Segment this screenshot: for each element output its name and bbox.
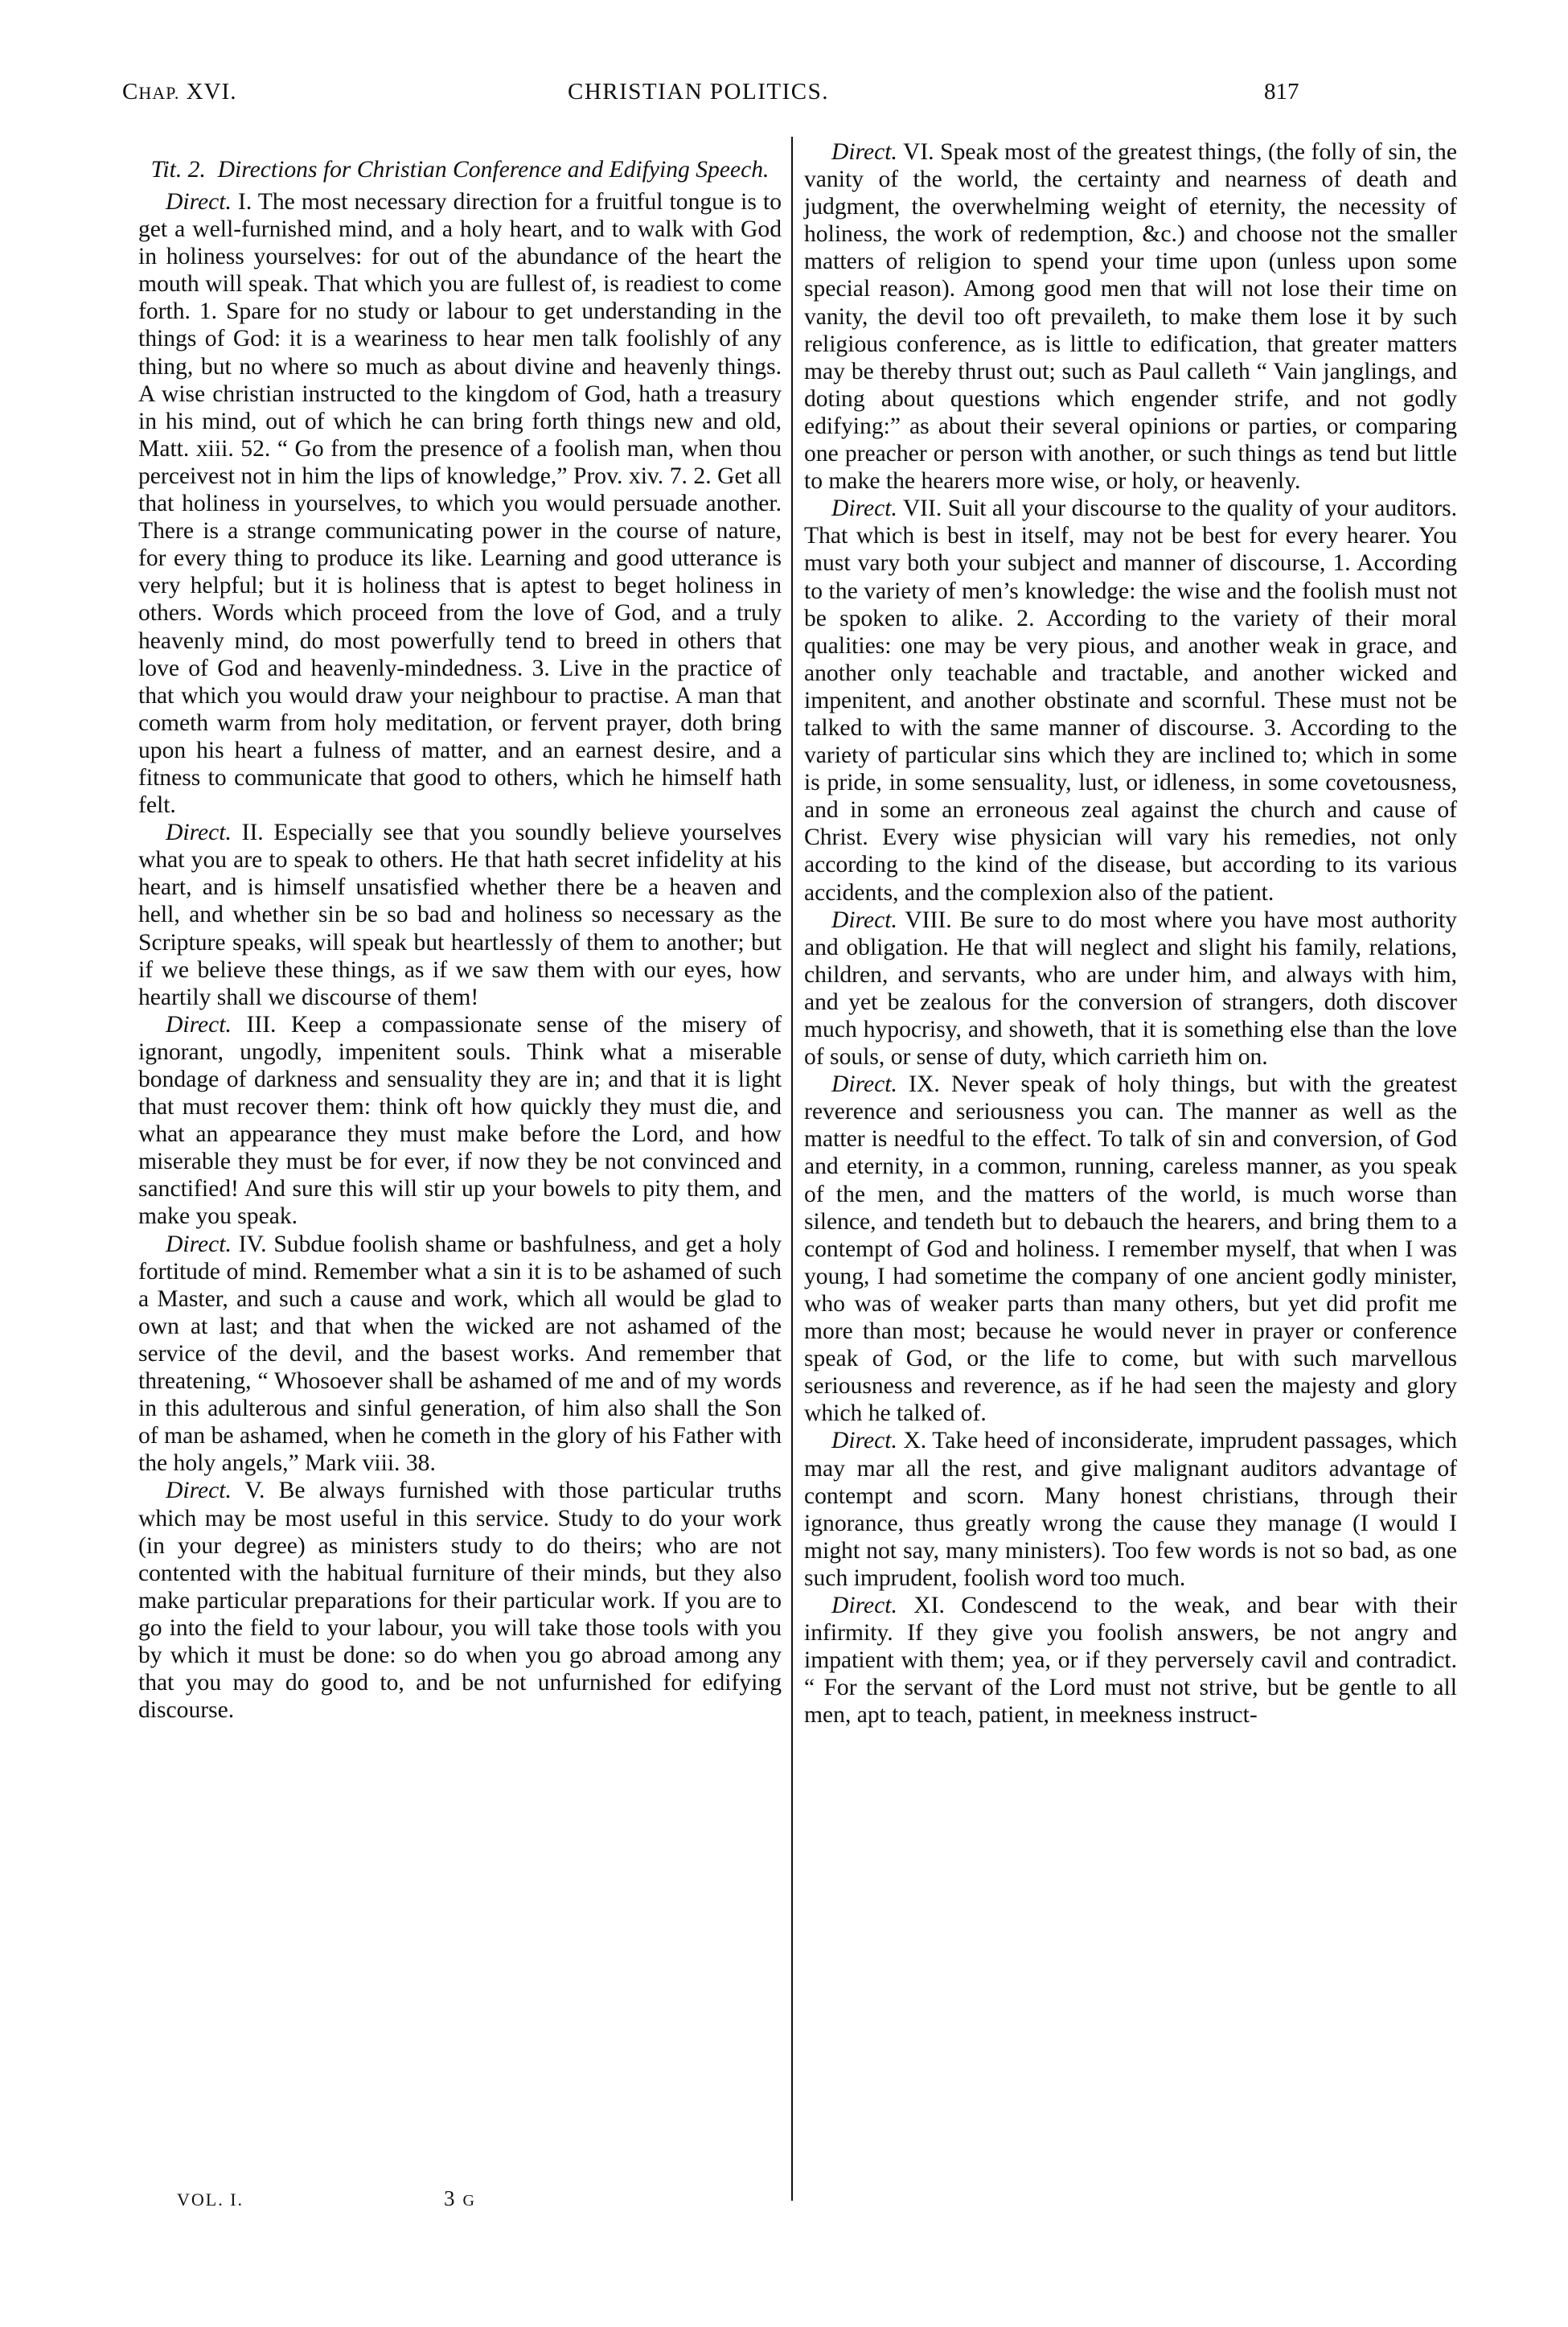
direction-label: Direct.: [831, 907, 897, 933]
direction-text: Be sure to do most where you have most a…: [804, 907, 1457, 1070]
direction-number: IV.: [239, 1231, 267, 1257]
signature-letter: G: [463, 2192, 474, 2210]
direction-paragraph: Direct. VI. Speak most of the greatest t…: [804, 138, 1457, 495]
direction-number: VII.: [903, 495, 942, 521]
direction-label: Direct.: [831, 495, 897, 521]
direction-number: III.: [246, 1012, 276, 1038]
chapter-smallcaps: HAP.: [138, 83, 179, 103]
left-column: Tit. 2. Directions for Christian Confere…: [138, 157, 782, 1724]
section-title: Tit. 2. Directions for Christian Confere…: [138, 157, 782, 183]
direction-number: IX.: [909, 1071, 940, 1097]
direction-paragraph: Direct. X. Take heed of inconsiderate, i…: [804, 1427, 1457, 1592]
direction-label: Direct.: [166, 1231, 232, 1257]
volume-label: VOL. I.: [177, 2189, 244, 2210]
book-title: CHRISTIAN POLITICS.: [568, 79, 829, 105]
direction-label: Direct.: [831, 139, 897, 165]
section-heading: Directions for Christian Conference and …: [218, 157, 770, 183]
direction-label: Direct.: [166, 189, 232, 215]
direction-text: Keep a compassionate sense of the misery…: [138, 1012, 782, 1230]
direction-paragraph: Direct. I. The most necessary direction …: [138, 188, 782, 819]
direction-label: Direct.: [166, 1012, 232, 1038]
running-head: CHAP. XVI. CHRISTIAN POLITICS. 817: [0, 79, 1568, 111]
direction-paragraph: Direct. II. Especially see that you soun…: [138, 819, 782, 1011]
direction-text: Condescend to the weak, and bear with th…: [804, 1593, 1457, 1728]
direction-text: The most necessary direction for a fruit…: [138, 189, 782, 818]
direction-paragraph: Direct. V. Be always furnished with thos…: [138, 1477, 782, 1724]
direction-paragraph: Direct. VII. Suit all your discourse to …: [804, 495, 1457, 906]
column-rule: [791, 137, 793, 2201]
direction-number: VI.: [903, 139, 934, 165]
direction-label: Direct.: [166, 820, 232, 845]
direction-text: Speak most of the greatest things, (the …: [804, 139, 1457, 494]
direction-number: XI.: [913, 1593, 945, 1618]
direction-number: X.: [903, 1428, 926, 1453]
direction-paragraph: Direct. IX. Never speak of holy things, …: [804, 1071, 1457, 1427]
signature-number: 3: [444, 2186, 455, 2210]
direction-paragraph: Direct. XI. Condescend to the weak, and …: [804, 1592, 1457, 1729]
section-number: Tit. 2.: [151, 157, 206, 183]
direction-text: Suit all your discourse to the quality o…: [804, 495, 1457, 905]
right-column: Direct. VI. Speak most of the greatest t…: [804, 138, 1457, 1729]
direction-text: Never speak of holy things, but with the…: [804, 1071, 1457, 1426]
direction-paragraph: Direct. IV. Subdue foolish shame or bash…: [138, 1231, 782, 1478]
direction-text: Be always furnished with those particula…: [138, 1478, 782, 1723]
direction-label: Direct.: [831, 1593, 897, 1618]
chapter-number: XVI.: [187, 79, 237, 105]
direction-text: Take heed of inconsiderate, imprudent pa…: [804, 1428, 1457, 1590]
printer-signature: 3G: [444, 2186, 474, 2211]
direction-paragraph: Direct. III. Keep a compassionate sense …: [138, 1011, 782, 1231]
chapter-label: CHAP. XVI.: [122, 79, 236, 105]
page-number: 817: [1264, 79, 1299, 105]
direction-label: Direct.: [831, 1071, 897, 1097]
page-footer: VOL. I. 3G: [0, 2189, 804, 2222]
direction-label: Direct.: [166, 1478, 232, 1503]
chapter-prefix: C: [122, 79, 138, 105]
direction-number: VIII.: [905, 907, 951, 933]
direction-paragraph: Direct. VIII. Be sure to do most where y…: [804, 907, 1457, 1071]
direction-number: V.: [245, 1478, 265, 1503]
direction-number: I.: [238, 189, 252, 215]
direction-label: Direct.: [831, 1428, 897, 1453]
direction-text: Subdue foolish shame or bashfulness, and…: [138, 1231, 782, 1477]
direction-text: Especially see that you soundly believe …: [138, 820, 782, 1010]
direction-number: II.: [242, 820, 264, 845]
